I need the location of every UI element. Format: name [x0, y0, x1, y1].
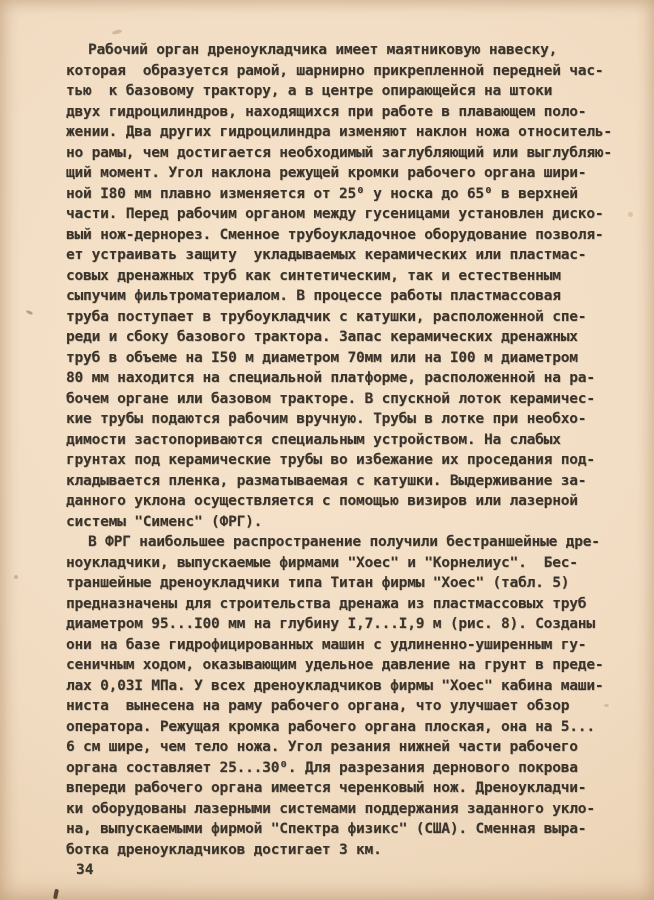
text-line: В ФРГ наибольшее распространение получил… [66, 532, 638, 553]
text-line: двух гидроцилиндров, находящихся при раб… [66, 102, 638, 123]
text-line: реди и сбоку базового трактора. Запас ке… [66, 327, 638, 348]
text-line: ниста вынесена на раму рабочего органа, … [66, 696, 638, 717]
text-line: бочем органе или базовом тракторе. В спу… [66, 389, 638, 410]
text-line: которая образуется рамой, шарнирно прикр… [66, 61, 638, 82]
text-line: диаметром 95...I00 мм на глубину I,7...I… [66, 614, 638, 635]
text-line: ной I80 мм плавно изменяется от 25⁰ у но… [66, 184, 638, 205]
text-line: щий момент. Угол наклона режущей кромки … [66, 163, 638, 184]
text-line: ботка дреноукладчиков достигает 3 км. [66, 840, 638, 861]
text-line: кладывается пленка, разматываемая с кату… [66, 471, 638, 492]
text-line: ноукладчики, выпускаемые фирмами "Хоес" … [66, 553, 638, 574]
text-line: совых дренажных труб как синтетическим, … [66, 266, 638, 287]
text-line: но рамы, чем достигается необходимый заг… [66, 143, 638, 164]
text-line: сыпучим фильтроматериалом. В процессе ра… [66, 286, 638, 307]
text-line: жении. Два других гидроцилиндра изменяют… [66, 122, 638, 143]
text-line: части. Перед рабочим органом между гусен… [66, 204, 638, 225]
paper-speck [26, 310, 34, 316]
text-line: Рабочий орган дреноукладчика имеет маятн… [66, 40, 638, 61]
text-line: органа составляет 25...30⁰. Для разрезан… [66, 758, 638, 779]
text-line: ет устраивать защиту укладываемых керами… [66, 245, 638, 266]
text-line: грунтах под керамические трубы во избежа… [66, 450, 638, 471]
text-line: оператора. Режущая кромка рабочего орган… [66, 717, 638, 738]
paper-speck [112, 29, 123, 35]
text-line: 6 см шире, чем тело ножа. Угол резания н… [66, 737, 638, 758]
page-number: 34 [66, 860, 638, 881]
text-line: тью к базовому трактору, а в центре опир… [66, 81, 638, 102]
text-line: 80 мм находится на специальной платформе… [66, 368, 638, 389]
text-line: димости застопориваются специальным устр… [66, 430, 638, 451]
text-line: данного уклона осуществляется с помощью … [66, 491, 638, 512]
text-line: впереди рабочего органа имеется черенков… [66, 778, 638, 799]
text-line: сеничным ходом, оказывающим удельное дав… [66, 655, 638, 676]
text-line: траншейные дреноукладчики типа Титан фир… [66, 573, 638, 594]
text-line: кие трубы подаются рабочим вручную. Труб… [66, 409, 638, 430]
text-line: они на базе гидрофицированных машин с уд… [66, 635, 638, 656]
text-line: ки оборудованы лазерными системами подде… [66, 799, 638, 820]
text-line: лах 0,03I МПа. У всех дреноукладчиков фи… [66, 676, 638, 697]
text-line: на, выпускаемыми фирмой "Спектра физикс"… [66, 819, 638, 840]
page-text: Рабочий орган дреноукладчика имеет маятн… [66, 40, 638, 881]
text-line: труба поступает в трубоукладчик с катушк… [66, 307, 638, 328]
text-line: труб в объеме на I50 м диаметром 70мм ил… [66, 348, 638, 369]
ink-smudge [53, 889, 59, 900]
paper-speck [14, 575, 18, 579]
text-line: предназначены для строительства дренажа … [66, 594, 638, 615]
text-line: вый нож-дернорез. Сменное трубоукладочно… [66, 225, 638, 246]
text-line: системы "Сименс" (ФРГ). [66, 512, 638, 533]
scanned-page: Рабочий орган дреноукладчика имеет маятн… [0, 0, 654, 900]
